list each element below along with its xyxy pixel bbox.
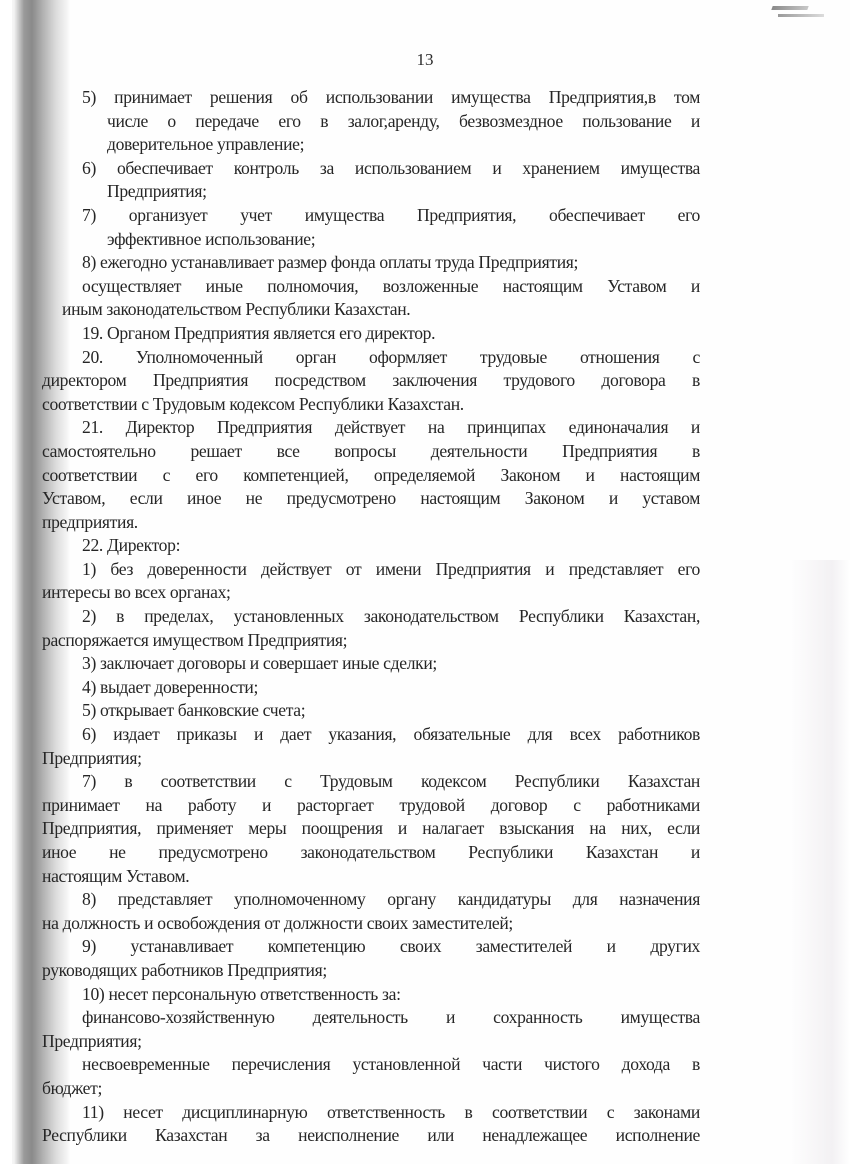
text-line: 5) принимает решения об использовании им… — [82, 86, 700, 110]
scan-bottom-edge — [0, 1164, 850, 1169]
text-line: 4) выдает доверенности; — [82, 676, 700, 700]
page-number: 13 — [0, 50, 850, 70]
text-line: несвоевременные перечисления установленн… — [82, 1053, 700, 1077]
text-line: числе о передаче его в залог,аренду, без… — [107, 110, 700, 134]
corner-mark-stroke — [771, 6, 808, 10]
text-line: Республики Казахстан за неисполнение или… — [42, 1124, 700, 1148]
text-line: 6) обеспечивает контроль за использовани… — [82, 157, 700, 181]
text-line: предприятия. — [42, 511, 700, 535]
text-line: 19. Органом Предприятия является его дир… — [82, 322, 700, 346]
text-line: 8) ежегодно устанавливает размер фонда о… — [82, 251, 700, 275]
text-line: Предприятия; — [107, 180, 700, 204]
text-line: 1) без доверенности действует от имени П… — [82, 558, 700, 582]
text-line: самостоятельно решает все вопросы деятел… — [42, 440, 700, 464]
text-line: Предприятия, применяет меры поощрения и … — [42, 817, 700, 841]
text-line: директором Предприятия посредством заклю… — [42, 369, 700, 393]
text-line: 3) заключает договоры и совершает иные с… — [82, 652, 700, 676]
corner-mark-stroke — [778, 14, 824, 17]
text-line: 11) несет дисциплинарную ответственность… — [82, 1101, 700, 1125]
text-line: настоящим Уставом. — [42, 865, 700, 889]
text-line: 20. Уполномоченный орган оформляет трудо… — [82, 346, 700, 370]
text-line: распоряжается имуществом Предприятия; — [42, 629, 700, 653]
text-line: принимает на работу и расторгает трудово… — [42, 794, 700, 818]
text-line: эффективное использование; — [107, 228, 700, 252]
text-line: 5) открывает банковские счета; — [82, 699, 700, 723]
text-line: 22. Директор: — [82, 534, 700, 558]
text-line: 7) в соответствии с Трудовым кодексом Ре… — [82, 770, 700, 794]
text-line: осуществляет иные полномочия, возложенны… — [82, 275, 700, 299]
text-line: бюджет; — [42, 1077, 700, 1101]
text-line: доверительное управление; — [107, 133, 700, 157]
text-line: 10) несет персональную ответственность з… — [82, 983, 700, 1007]
text-line: финансово-хозяйственную деятельность и с… — [82, 1006, 700, 1030]
text-line: на должность и освобождения от должности… — [42, 912, 700, 936]
text-line: интересы во всех органах; — [42, 581, 700, 605]
text-line: иное не предусмотрено законодательством … — [42, 841, 700, 865]
text-line: соответствии с Трудовым кодексом Республ… — [42, 393, 700, 417]
text-line: соответствии с его компетенцией, определ… — [42, 464, 700, 488]
scan-right-shade — [790, 560, 850, 1169]
text-line: Предприятия; — [42, 1030, 700, 1054]
text-line: иным законодательством Республики Казахс… — [62, 298, 700, 322]
text-line: Предприятия; — [42, 747, 700, 771]
corner-scan-mark — [772, 6, 832, 20]
scan-left-margin — [0, 0, 12, 1169]
text-line: 2) в пределах, установленных законодател… — [82, 605, 700, 629]
text-line: 8) представляет уполномоченному органу к… — [82, 888, 700, 912]
text-line: 7) организует учет имущества Предприятия… — [82, 204, 700, 228]
text-line: Уставом, если иное не предусмотрено наст… — [42, 487, 700, 511]
text-line: руководящих работников Предприятия; — [42, 959, 700, 983]
document-page: 13 5) принимает решения об использовании… — [0, 0, 850, 1169]
body-text: 5) принимает решения об использовании им… — [82, 86, 700, 1148]
text-line: 9) устанавливает компетенцию своих замес… — [82, 935, 700, 959]
text-line: 21. Директор Предприятия действует на пр… — [82, 416, 700, 440]
text-line: 6) издает приказы и дает указания, обяза… — [82, 723, 700, 747]
